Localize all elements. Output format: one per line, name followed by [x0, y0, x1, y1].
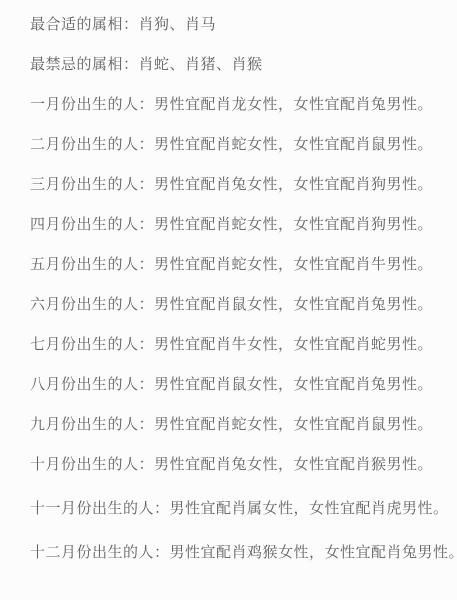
- month-line-sep: 九月份出生的人：男性宜配肖蛇女性，女性宜配肖鼠男性。: [30, 410, 447, 450]
- month-line-aug: 八月份出生的人：男性宜配肖鼠女性，女性宜配肖兔男性。: [30, 370, 447, 410]
- month-line-mar: 三月份出生的人：男性宜配肖兔女性，女性宜配肖狗男性。: [30, 170, 447, 210]
- month-line-jan: 一月份出生的人：男性宜配肖龙女性，女性宜配肖兔男性。: [30, 90, 447, 130]
- month-line-nov: 十一月份出生的人：男性宜配肖属女性，女性宜配肖虎男性。: [30, 494, 447, 538]
- month-line-apr: 四月份出生的人：男性宜配肖蛇女性，女性宜配肖狗男性。: [30, 210, 447, 250]
- month-line-may: 五月份出生的人：男性宜配肖蛇女性，女性宜配肖牛男性。: [30, 250, 447, 290]
- month-line-feb: 二月份出生的人：男性宜配肖蛇女性，女性宜配肖鼠男性。: [30, 130, 447, 170]
- month-line-oct: 十月份出生的人：男性宜配肖兔女性，女性宜配肖猴男性。: [30, 450, 447, 494]
- taboo-line: 最禁忌的属相：肖蛇、肖猪、肖猴: [30, 50, 447, 90]
- month-line-jul: 七月份出生的人：男性宜配肖牛女性，女性宜配肖蛇男性。: [30, 330, 447, 370]
- month-line-jun: 六月份出生的人：男性宜配肖鼠女性，女性宜配肖兔男性。: [30, 290, 447, 330]
- best-match-line: 最合适的属相：肖狗、肖马: [30, 10, 447, 50]
- zodiac-compatibility-document: 最合适的属相：肖狗、肖马 最禁忌的属相：肖蛇、肖猪、肖猴 一月份出生的人：男性宜…: [0, 0, 457, 582]
- month-line-dec: 十二月份出生的人：男性宜配肖鸡猴女性，女性宜配肖兔男性。: [30, 538, 447, 582]
